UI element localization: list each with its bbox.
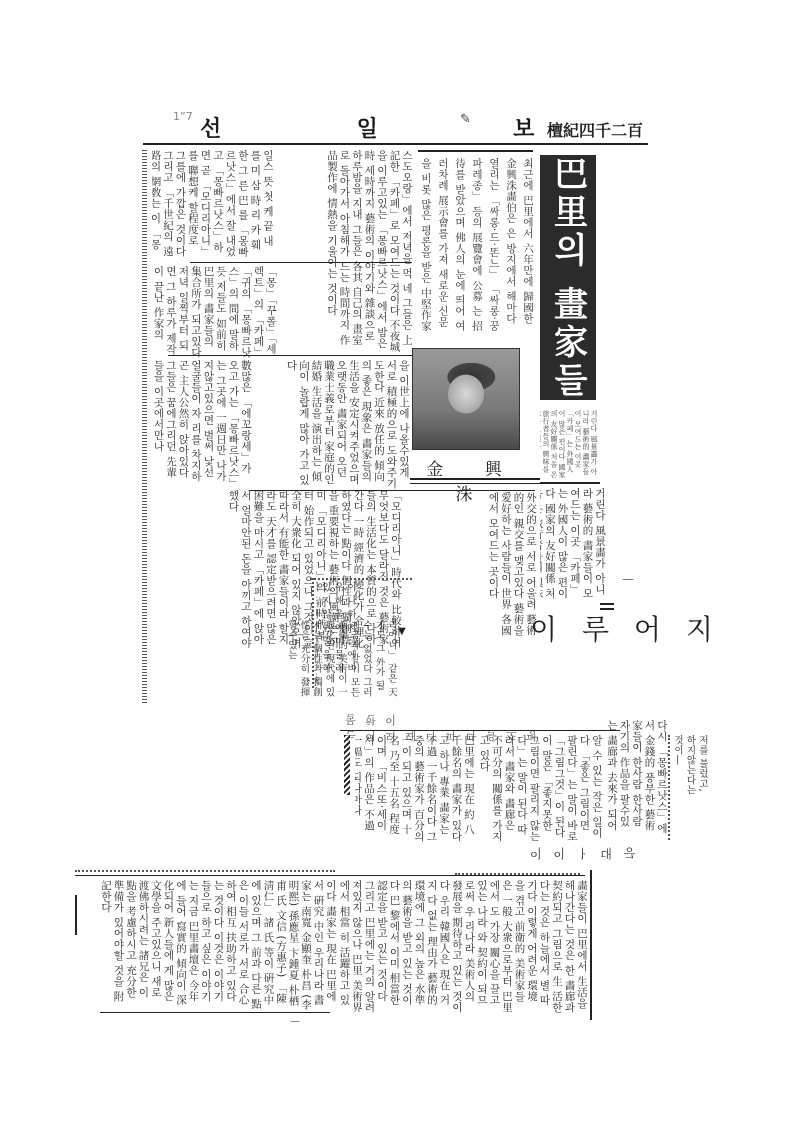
- side-dotted-rule: [668, 735, 670, 840]
- bottom-right-rule: [590, 870, 592, 1020]
- lead-top-rule: [418, 150, 533, 152]
- col-divider: [168, 355, 413, 356]
- column-a: 일스 뜻 첫 케 끝 내 를 미 삼 時 리 카 훼 한 그 른 巴 를 「몽빠…: [152, 150, 274, 260]
- bottom-top-dotted: [75, 870, 335, 872]
- column-g: 리아니」 같은 天才도 그 外가 될수는 없었다 그러 지금과 같이 모든 前衛…: [152, 620, 397, 698]
- date-era: 檀紀四千二百: [547, 118, 643, 141]
- mirrored-footer: 이 이 ㅏ 대 긍: [530, 845, 639, 862]
- bottom-rule: [100, 1012, 330, 1013]
- column-c: 스도오랑」에서 저녁을 먹 네 그들은 上記한 「카페」로 모여드는 것이다 不…: [278, 150, 413, 355]
- column-l: 알 수 있는 작은 일이다 「좋은 그림이면 팔린다」는 말이 바로 「그림그것…: [478, 735, 603, 845]
- column-k: 다시 「몽빠르낫스」에서 金錢的 풍부한 藝術家들이 한사람 한사람 자기의 作…: [606, 720, 668, 835]
- subhead-marker: [600, 603, 614, 605]
- column-n: 이다 畵家는 現在 巴里에서 硏究 中인 우리나라 畵家는 南寬 金顯奎 朴昌 …: [82, 880, 337, 1010]
- left-margin-hatch: [142, 148, 147, 703]
- strip-rule: [340, 730, 620, 731]
- title-notes: 거린다 風景畵가 아니라 藝術的 畵家들이 모여드는 이곳 「카페」는 外國人이…: [540, 410, 598, 480]
- column-b: 「몽」「꾸폴」「세렉트」의 「카페」 「귀의 「몽빠르낫스」의 間에 말하듯 저…: [152, 266, 277, 358]
- pencil-mark-icon: ✎: [460, 112, 471, 127]
- inset-border-top: [310, 578, 412, 580]
- photo-rule-2: [410, 483, 540, 484]
- masthead-rule: [143, 143, 648, 145]
- author-photo: [412, 348, 520, 450]
- inset-text: 이 나 하 지 言 에 비 우 해 울 에 머 물 러 있 지 않 는 말 을 …: [316, 582, 356, 684]
- column-j: 外交的으로 서로 어울려 藝術的인 親交를 맺고있다 藝術을 愛好하는 사람들이…: [412, 492, 537, 642]
- article-title: 巴里의 畫家들: [540, 155, 596, 400]
- column-d: 數많은 「에꼬랑세」가 오고 가는 「몽빠르낫스」는 그곳에 一週日만 나가지않…: [152, 360, 252, 485]
- column-e: 을 이世上에 나올수있게 서로 積極的으로 도와주기도한다 近來 放任的 傾向의…: [255, 360, 410, 490]
- bottom-dash-icon: —: [290, 1016, 300, 1027]
- column-i: 거린다 風景畵가 아니라 藝術的 畵家들이 모여드는 이곳 「카페」는 外國人이…: [540, 488, 606, 603]
- title-under-rule: [540, 482, 600, 484]
- page-mark: 1”7: [173, 110, 193, 123]
- bottom-left-bar: [75, 895, 77, 935]
- block-left-hatch: [344, 735, 350, 795]
- side-note: 저를 불렀고, 하지않는다는 것이―: [672, 735, 708, 805]
- inset-border-left: [312, 578, 314, 688]
- photo-rule-1: [410, 478, 540, 480]
- arrow-mark-icon: —: [622, 572, 634, 586]
- masthead: 1”7 선 일 보 ✎ 檀紀四千二百: [145, 110, 650, 142]
- subheading: 이 루 어 지: [530, 608, 721, 648]
- column-m: 巴里에는 現在 約 八千餘名의 畵家가 있다고 하나 專業 畵家는 不過 一千餘…: [355, 735, 475, 845]
- paper-name: 선 일 보: [200, 112, 574, 143]
- lead-text: 최근에 巴里에서 六年만에 歸國한 金興洙畵伯은 은 방지에서 해마다 열리는 …: [418, 158, 536, 338]
- triangle-marker-icon: ▼: [398, 626, 406, 637]
- column-o: 畵家들이 巴里에서 生活을 해나간다는 것은 한 畵廊과 契約되고 그림으로 生…: [338, 880, 588, 1015]
- bottom-top-rule: [75, 875, 585, 876]
